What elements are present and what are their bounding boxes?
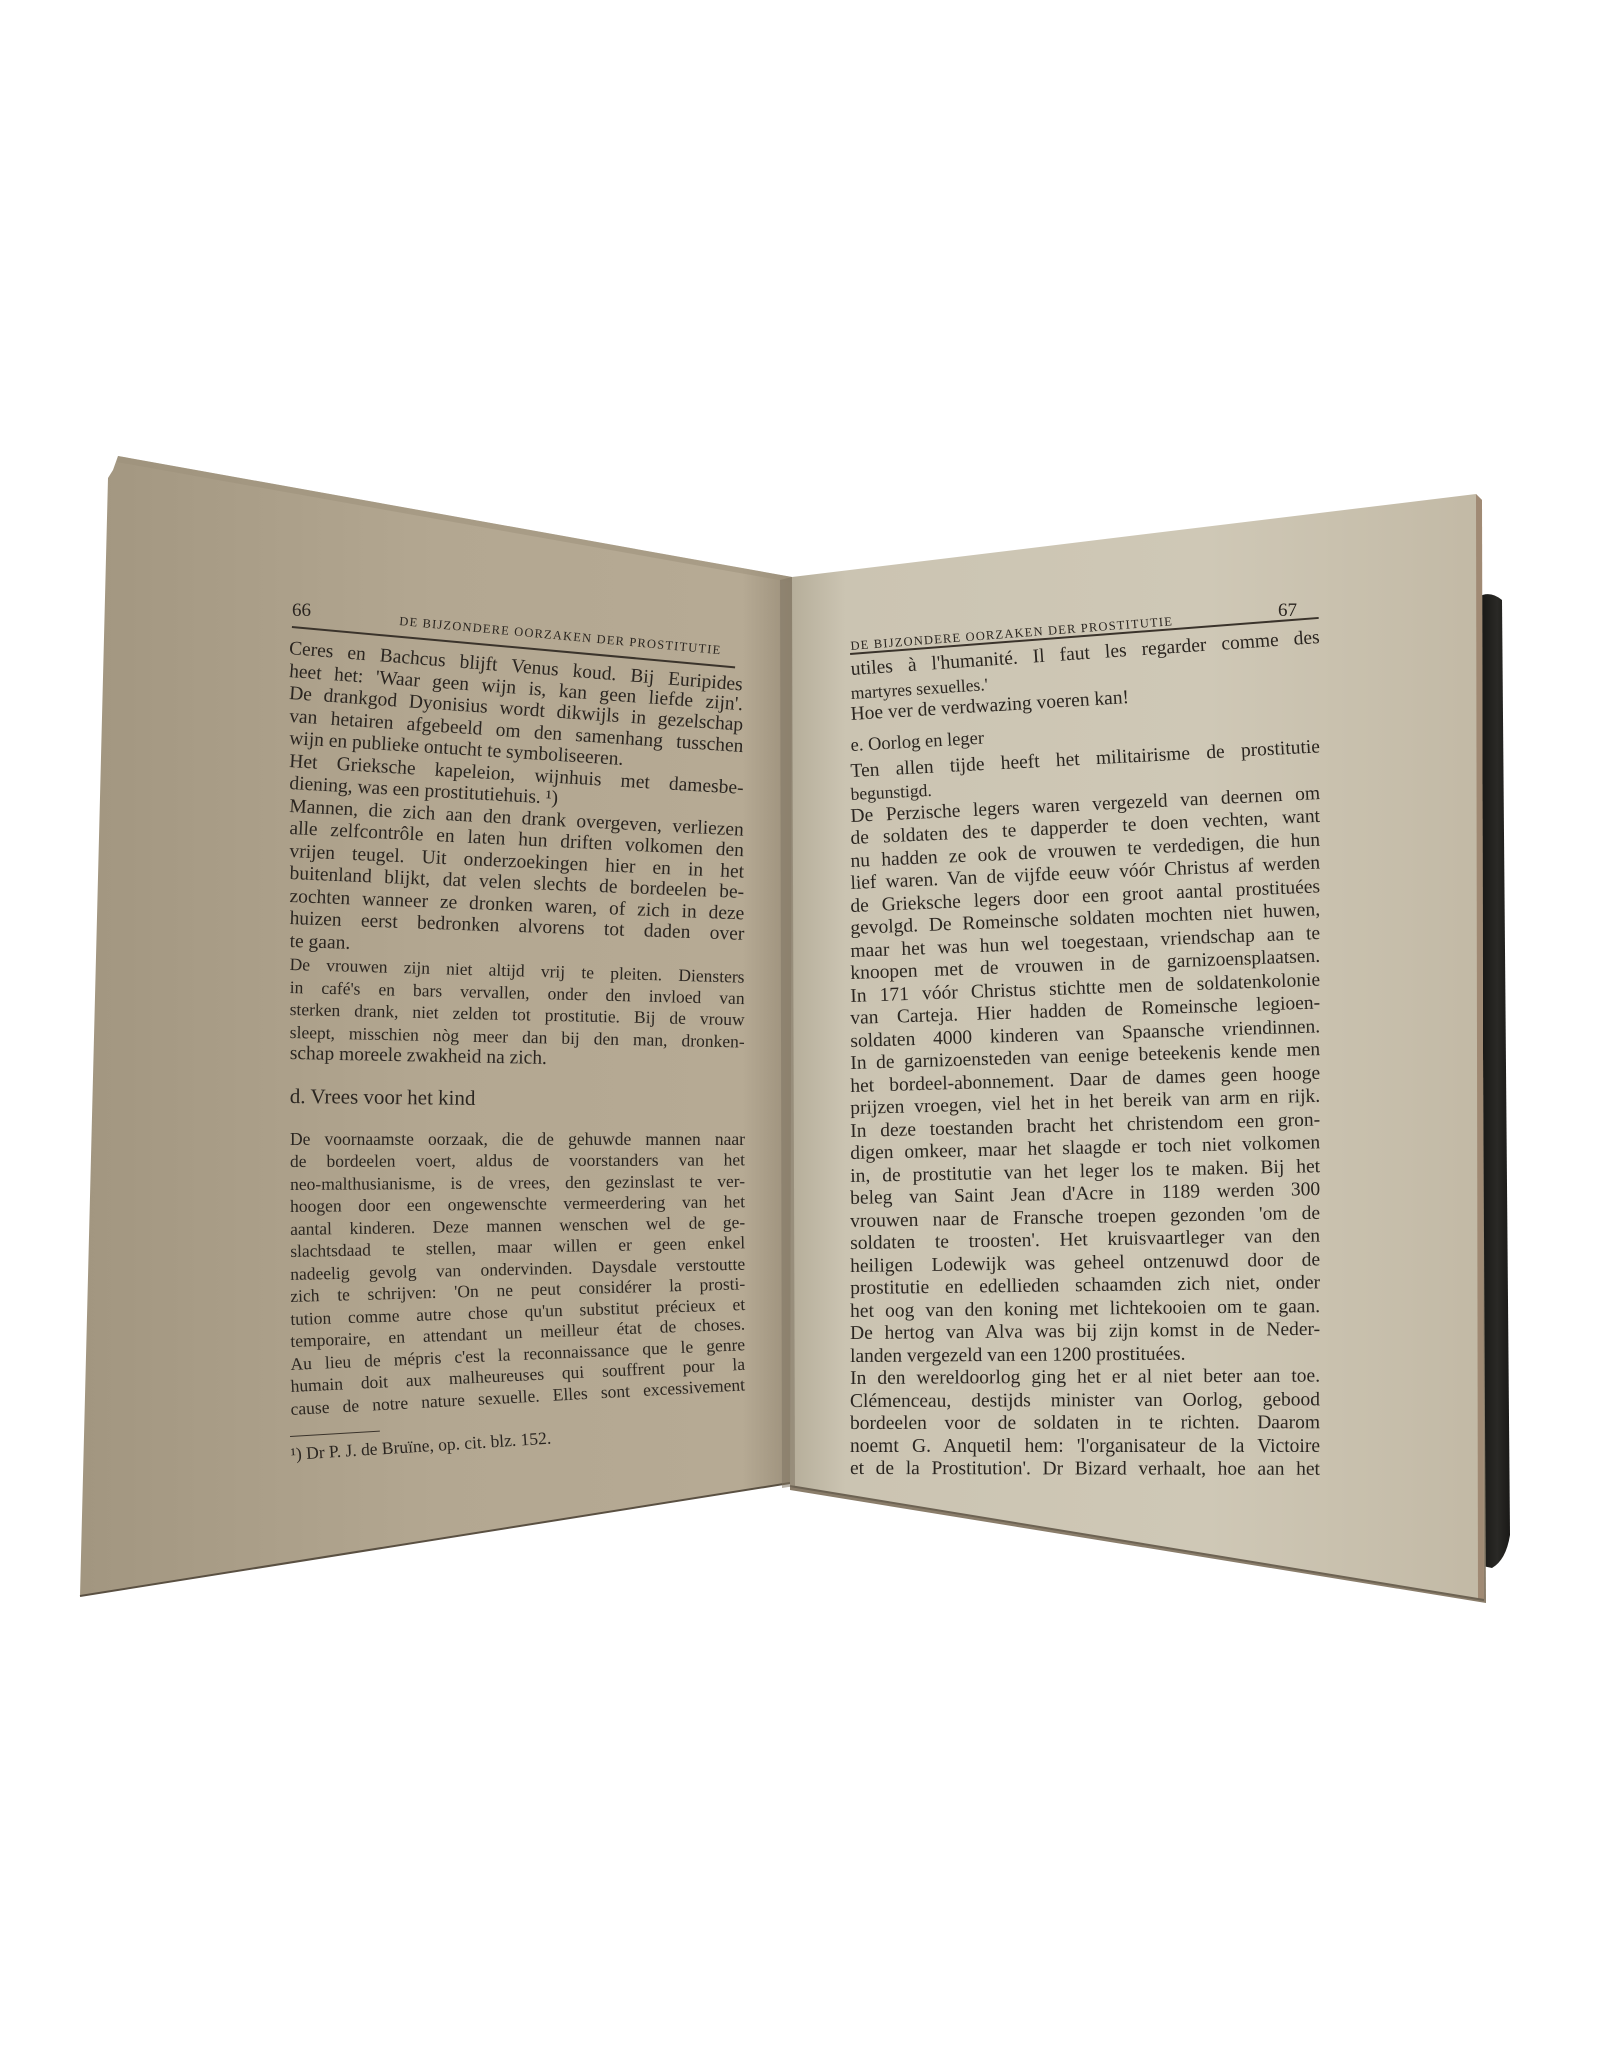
text-line: De voornaamste oorzaak, die de gehuwde m…	[290, 1128, 745, 1151]
text-line: Clémenceau, destijds minister van Oorlog…	[850, 1389, 1320, 1413]
page-number-left: 66	[292, 600, 311, 622]
right-page: De bijzondere oorzaken der prostitutie 6…	[850, 615, 1320, 1481]
text-line: noemt G. Anquetil hem: 'l'organisateur d…	[850, 1436, 1320, 1459]
text-line: In den wereldoorlog ging het er al niet …	[850, 1366, 1320, 1391]
footnote: ¹) Dr P. J. de Bruïne, op. cit. blz. 152…	[290, 1415, 745, 1466]
left-section-paragraph: De voornaamste oorzaak, die de gehuwde m…	[290, 1128, 745, 1421]
left-page: 66 De bijzondere oorzaken der prostituti…	[290, 600, 745, 1465]
text-line: de bordeelen voert, aldus de voorstander…	[290, 1148, 745, 1172]
text-line: De hertog van Alva was bij zijn komst in…	[850, 1319, 1320, 1346]
left-body-paragraph: Ceres en Bachcus blijft Venus koud. Bij …	[290, 638, 745, 1066]
footnote-rule	[290, 1431, 380, 1438]
text-line: bordeelen voor de soldaten in te richten…	[850, 1412, 1320, 1435]
open-book-illustration	[0, 0, 1600, 2048]
left-running-head: 66 De bijzondere oorzaken der prostituti…	[290, 600, 745, 634]
text-line: landen vergezeld van een 1200 prostituée…	[850, 1342, 1320, 1368]
book-photo: 66 De bijzondere oorzaken der prostituti…	[0, 0, 1600, 2048]
text-line: et de la Prostitution'. Dr Bizard verhaa…	[850, 1458, 1320, 1481]
section-heading-d: d. Vrees voor het kind	[290, 1084, 745, 1113]
right-section-paragraph: Ten allen tijde heeft het militairisme d…	[850, 761, 1320, 1481]
